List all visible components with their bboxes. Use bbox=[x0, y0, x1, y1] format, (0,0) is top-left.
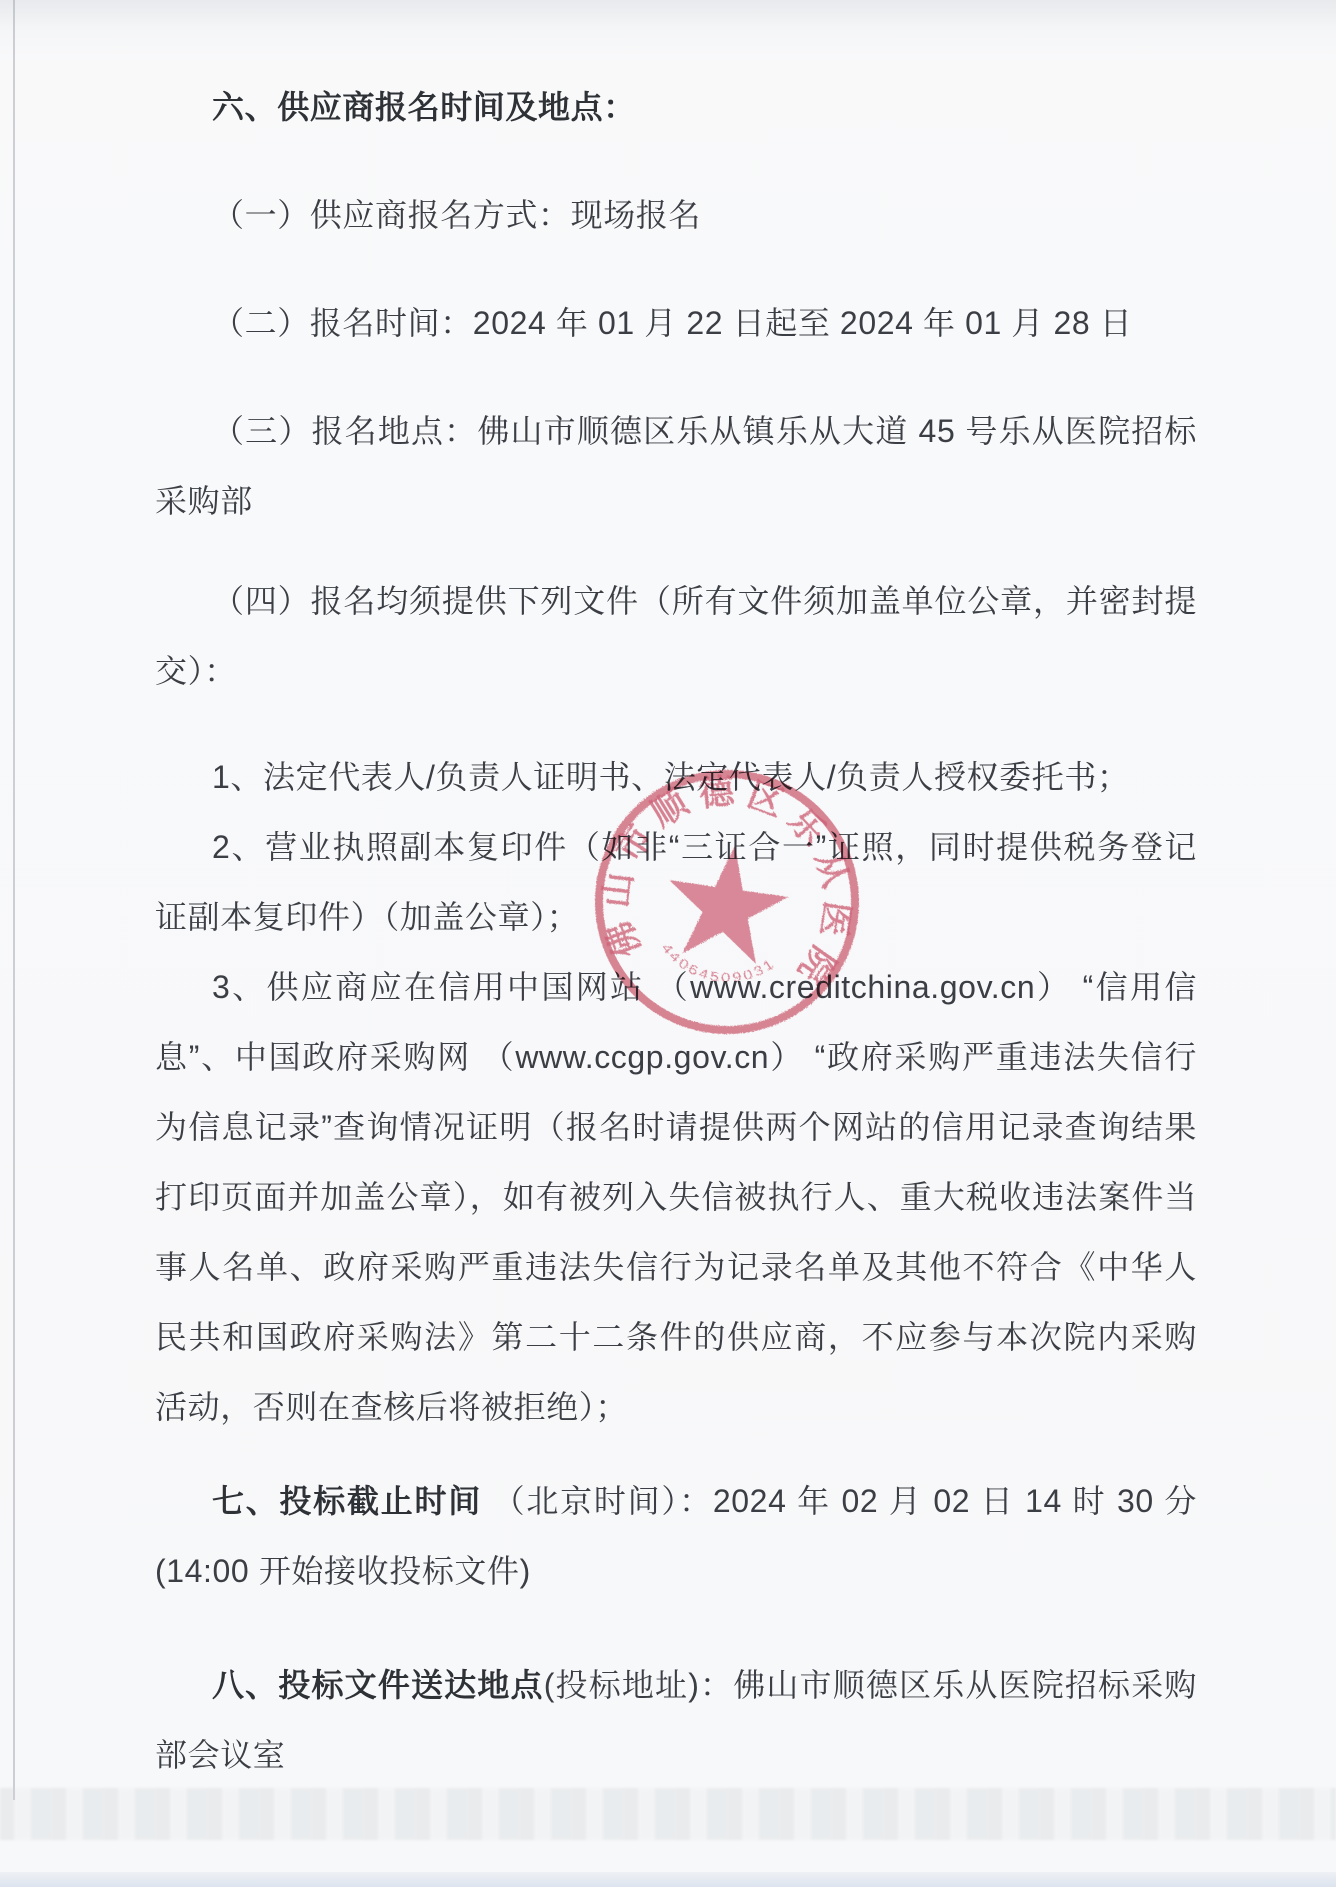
document-body: 六、供应商报名时间及地点：（一）供应商报名方式：现场报名（二）报名时间：2024… bbox=[0, 0, 1336, 1887]
text-run: （四）报名均须提供下列文件（所有文件须加盖单位公章，并密封提交）： bbox=[155, 583, 1197, 689]
paragraph-sec8: 八、投标文件送达地点(投标地址)：佛山市顺德区乐从医院招标采购部会议室 bbox=[155, 1650, 1197, 1790]
paragraph-item-2: （二）报名时间：2024 年 01 月 22 日起至 2024 年 01 月 2… bbox=[155, 288, 1197, 358]
paragraph-doc-3: 3、供应商应在信用中国网站 （www.creditchina.gov.cn） “… bbox=[155, 952, 1197, 1442]
paragraph-doc-2: 2、营业执照副本复印件（如非“三证合一”证照，同时提供税务登记证副本复印件）（加… bbox=[155, 812, 1197, 952]
paragraph-sec7: 七、投标截止时间 （北京时间）：2024 年 02 月 02 日 14 时 30… bbox=[155, 1466, 1197, 1606]
text-run: （三）报名地点：佛山市顺德区乐从镇乐从大道 45 号乐从医院招标采购部 bbox=[155, 413, 1197, 519]
paragraph-item-4: （四）报名均须提供下列文件（所有文件须加盖单位公章，并密封提交）： bbox=[155, 566, 1197, 706]
paragraph-doc-1: 1、法定代表人/负责人证明书、法定代表人/负责人授权委托书； bbox=[155, 742, 1197, 812]
heading-run: 七、投标截止时间 bbox=[212, 1483, 482, 1519]
heading-run: 六、供应商报名时间及地点： bbox=[212, 89, 636, 125]
text-run: 3、供应商应在信用中国网站 （www.creditchina.gov.cn） “… bbox=[155, 969, 1197, 1425]
paragraph-sec6-heading: 六、供应商报名时间及地点： bbox=[155, 72, 1197, 142]
text-run: 1、法定代表人/负责人证明书、法定代表人/负责人授权委托书； bbox=[212, 759, 1130, 795]
text-run: （一）供应商报名方式：现场报名 bbox=[212, 197, 701, 233]
text-run: （二）报名时间：2024 年 01 月 22 日起至 2024 年 01 月 2… bbox=[212, 305, 1132, 341]
heading-run: 八、投标文件送达地点 bbox=[212, 1667, 544, 1703]
paragraph-item-3: （三）报名地点：佛山市顺德区乐从镇乐从大道 45 号乐从医院招标采购部 bbox=[155, 396, 1197, 536]
paragraph-item-1: （一）供应商报名方式：现场报名 bbox=[155, 180, 1197, 250]
text-run: 2、营业执照副本复印件（如非“三证合一”证照，同时提供税务登记证副本复印件）（加… bbox=[155, 829, 1197, 935]
